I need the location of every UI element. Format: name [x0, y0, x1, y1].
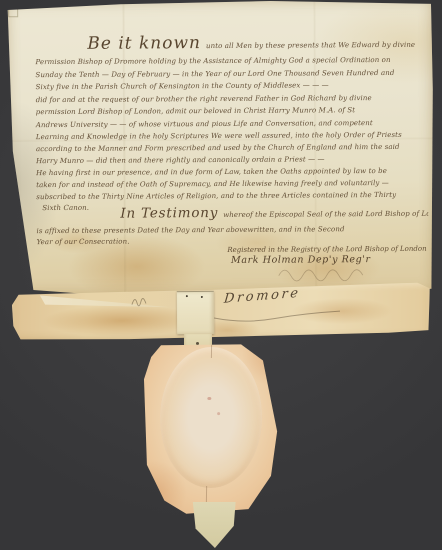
manuscript-line: did for and at the request of our brothe… [36, 92, 426, 105]
manuscript-line-opening: Be it knownunto all Men by these present… [35, 34, 425, 53]
manuscript-line: Sunday the Tenth — Day of February — in … [36, 67, 426, 80]
manuscript-line: Sixty five in the Parish Church of Kensi… [36, 80, 426, 93]
seal-wax-speck [207, 397, 211, 400]
seal-tag [177, 291, 214, 334]
manuscript-line: permission Lord Bishop of London, admit … [36, 105, 426, 118]
testimony-rest: whereof the Episcopal Seal of the said L… [223, 210, 429, 219]
manuscript-line-testimony: In Testimonywhereof the Episcopal Seal o… [36, 203, 426, 225]
testimony-words: In Testimony [36, 205, 218, 222]
photo-backdrop: Be it knownunto all Men by these present… [0, 0, 442, 550]
opening-words: Be it known [35, 33, 201, 54]
bishop-signature-flourish [212, 307, 342, 322]
tag-ink-dot [196, 342, 199, 345]
ink-mark [130, 292, 150, 308]
parchment-document: Be it knownunto all Men by these present… [5, 0, 435, 300]
seal-impression [159, 346, 263, 489]
registration-note: Registered in the Registry of the Lord B… [227, 245, 426, 254]
document-text: Be it knownunto all Men by these present… [29, 31, 429, 285]
wax-seal [141, 329, 282, 517]
manuscript-line: Permission Bishop of Dromore holding by … [35, 55, 425, 68]
corner-mark [8, 7, 18, 17]
seal-wax-speck [217, 412, 220, 415]
signature-flourish [277, 267, 373, 282]
opening-rest: unto all Men by these presents that We E… [206, 41, 415, 50]
registrar-signature: Mark Holman Dep'y Reg'r [231, 254, 371, 266]
seal-tag-end [191, 502, 237, 548]
tag-holes [186, 295, 188, 297]
